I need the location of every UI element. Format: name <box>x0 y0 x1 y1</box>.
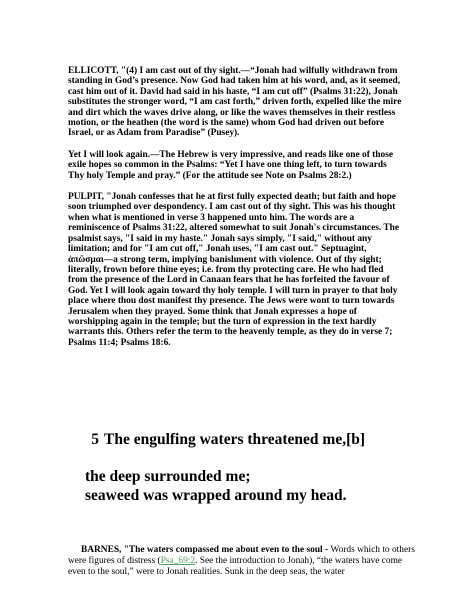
ellicott-paragraph: ELLICOTT, "(4) I am cast out of thy sigh… <box>68 66 418 139</box>
scripture-link-psa-69-2[interactable]: Psa_69:2 <box>161 556 195 566</box>
document-page: ELLICOTT, "(4) I am cast out of thy sigh… <box>0 0 474 613</box>
barnes-paragraph: BARNES, "The waters compassed me about e… <box>68 545 418 578</box>
verse-5-block: 5The engulfing waters threatened me,[b] … <box>68 412 418 505</box>
verse-number: 5 <box>91 431 99 448</box>
verse-line-1-text: The engulfing waters threatened me,[b] <box>104 431 365 448</box>
pulpit-paragraph: PULPIT, "Jonah confesses that he at firs… <box>68 192 418 348</box>
verse-line-3: seaweed was wrapped around my head. <box>68 487 418 506</box>
verse-line-1: 5The engulfing waters threatened me,[b] <box>68 412 418 468</box>
barnes-lead-bold: BARNES, "The waters compassed me about e… <box>81 545 330 555</box>
yet-i-will-look-again-paragraph: Yet I will look again.—The Hebrew is ver… <box>68 150 418 181</box>
verse-line-2: the deep surrounded me; <box>68 468 418 487</box>
